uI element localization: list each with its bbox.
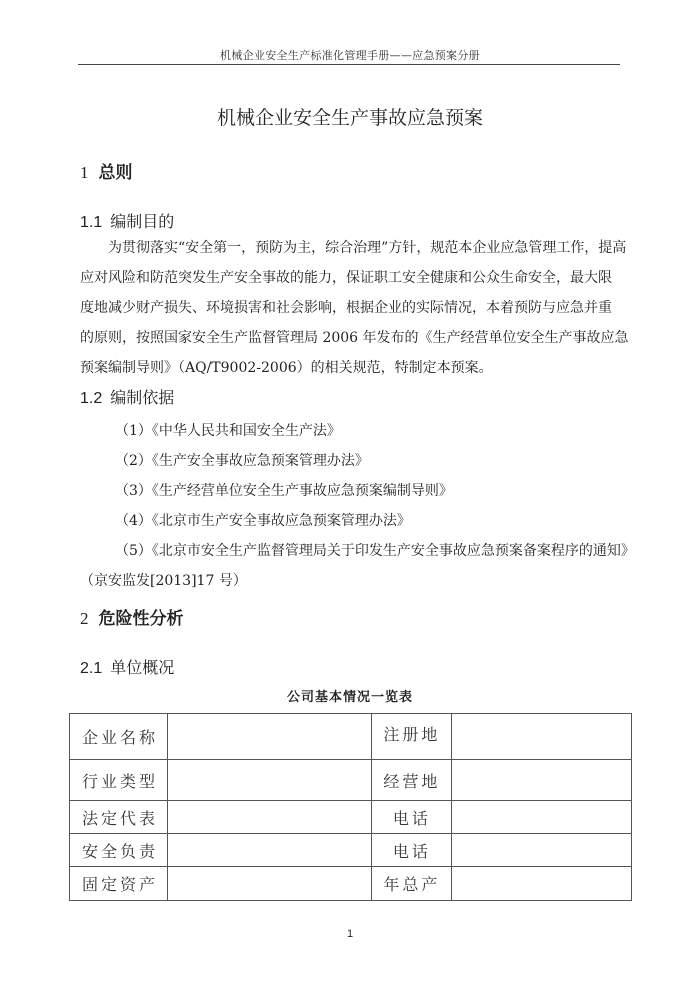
section-number: 1.2: [80, 390, 102, 407]
table-row: 安全负责 电话: [70, 834, 632, 867]
row-value-cell: [452, 834, 632, 867]
reference-item: （4）《北京市生产安全事故应急预案管理办法》: [115, 510, 411, 530]
reference-item: （1）《中华人民共和国安全生产法》: [115, 420, 341, 440]
reference-item: （2）《生产安全事故应急预案管理办法》: [115, 450, 369, 470]
section-title: 危险性分析: [99, 609, 184, 629]
section-1-1-heading: 1.1编制目的: [80, 209, 174, 232]
section-1-2-heading: 1.2编制依据: [80, 385, 174, 408]
section-2-1-heading: 2.1单位概况: [80, 655, 174, 678]
document-title: 机械企业安全生产事故应急预案: [0, 103, 700, 130]
page-number: 1: [0, 928, 700, 940]
row-label: 安全负责: [70, 834, 168, 867]
purpose-paragraph: 为贯彻落实“安全第一，预防为主，综合治理”方针，规范本企业应急管理工作，提高 应…: [80, 233, 620, 383]
row-value-cell: [452, 867, 632, 901]
reference-continuation: （京安监发[2013]17 号）: [80, 570, 247, 590]
row-value-cell: [452, 801, 632, 834]
section-number: 1: [80, 163, 89, 182]
paragraph-line: 的原则，按照国家安全生产监督管理局 2006 年发布的《生产经营单位安全生产事故…: [80, 323, 620, 353]
paragraph-line: 应对风险和防范突发生产安全事故的能力，保证职工安全健康和公众生命安全，最大限: [80, 263, 620, 293]
paragraph-line: 为贯彻落实“安全第一，预防为主，综合治理”方针，规范本企业应急管理工作，提高: [80, 233, 620, 263]
reference-item: （3）《生产经营单位安全生产事故应急预案编制导则》: [115, 480, 453, 500]
row-value-cell: [167, 760, 372, 801]
section-1-heading: 1总则: [80, 158, 133, 183]
row-value-cell: [452, 714, 632, 760]
section-number: 2.1: [80, 660, 102, 677]
running-header: 机械企业安全生产标准化管理手册——应急预案分册: [0, 47, 700, 63]
row-value-cell: [167, 801, 372, 834]
row-label: 注册地: [372, 714, 452, 760]
row-label: 电话: [372, 834, 452, 867]
row-value-cell: [452, 760, 632, 801]
row-label: 固定资产: [70, 867, 168, 901]
paragraph-line: 度地减少财产损失、环境损害和社会影响，根据企业的实际情况，本着预防与应急并重: [80, 293, 620, 323]
section-title: 总则: [99, 163, 133, 183]
row-value-cell: [167, 834, 372, 867]
row-label: 行业类型: [70, 760, 168, 801]
paragraph-line: 预案编制导则》（AQ/T9002-2006）的相关规范，特制定本预案。: [80, 353, 620, 383]
table-caption: 公司基本情况一览表: [0, 686, 700, 705]
section-title: 单位概况: [110, 658, 174, 677]
company-info-table: 企业名称 注册地 行业类型 经营地 法定代表 电话 安全负责 电话 固定资产 年…: [69, 713, 632, 901]
header-divider: [78, 64, 620, 65]
row-label: 经营地: [372, 760, 452, 801]
section-2-heading: 2危险性分析: [80, 604, 184, 629]
section-number: 1.1: [80, 214, 102, 231]
reference-item: （5）《北京市安全生产监督管理局关于印发生产安全事故应急预案备案程序的通知》: [115, 540, 635, 560]
row-value-cell: [167, 867, 372, 901]
row-value-cell: [167, 714, 372, 760]
table-row: 法定代表 电话: [70, 801, 632, 834]
section-title: 编制依据: [110, 388, 174, 407]
table-row: 行业类型 经营地: [70, 760, 632, 801]
table-row: 固定资产 年总产: [70, 867, 632, 901]
row-label: 年总产: [372, 867, 452, 901]
row-label: 电话: [372, 801, 452, 834]
section-title: 编制目的: [110, 212, 174, 231]
row-label: 法定代表: [70, 801, 168, 834]
section-number: 2: [80, 609, 89, 628]
row-label: 企业名称: [70, 714, 168, 760]
table-row: 企业名称 注册地: [70, 714, 632, 760]
